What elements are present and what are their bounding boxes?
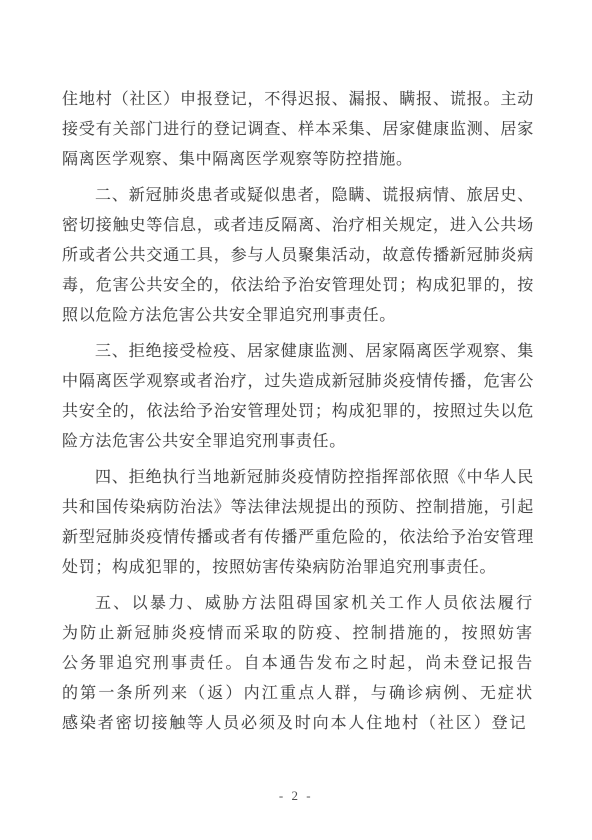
body-paragraph-item-5: 五、以暴力、威胁方法阻碍国家机关工作人员依法履行为防止新冠肺炎疫情而采取的防疫、… [62,589,534,739]
body-paragraph-item-4: 四、拒绝执行当地新冠肺炎疫情防控指挥部依照《中华人民共和国传染病防治法》等法律法… [62,463,534,583]
body-paragraph-item-2: 二、新冠肺炎患者或疑似患者，隐瞒、谎报病情、旅居史、密切接触史等信息，或者违反隔… [62,181,534,331]
document-page: 住地村（社区）申报登记，不得迟报、漏报、瞒报、谎报。主动接受有关部门进行的登记调… [0,0,592,840]
body-paragraph-continuation: 住地村（社区）申报登记，不得迟报、漏报、瞒报、谎报。主动接受有关部门进行的登记调… [62,85,534,175]
body-paragraph-item-3: 三、拒绝接受检疫、居家健康监测、居家隔离医学观察、集中隔离医学观察或者治疗，过失… [62,337,534,457]
page-number: - 2 - [0,788,592,804]
document-body: 住地村（社区）申报登记，不得迟报、漏报、瞒报、谎报。主动接受有关部门进行的登记调… [62,85,534,739]
